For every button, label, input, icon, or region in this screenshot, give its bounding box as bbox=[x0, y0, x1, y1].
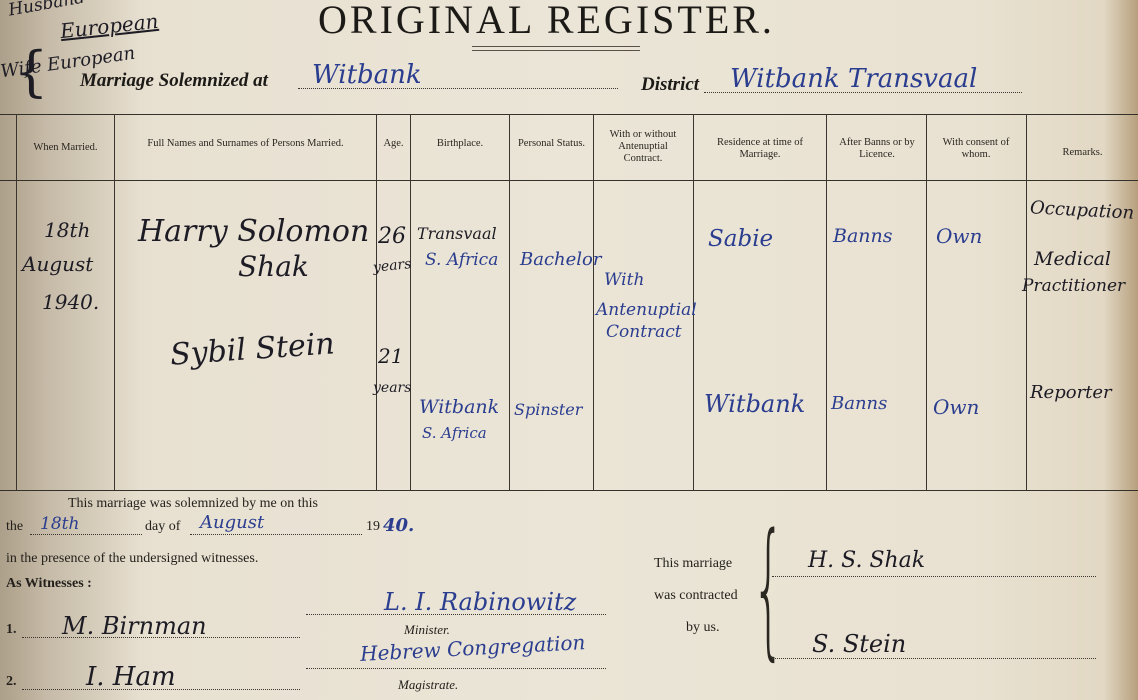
margin-note-european: European bbox=[59, 9, 160, 43]
witness-1-number: 1. bbox=[6, 622, 17, 638]
magistrate-label: Magistrate. bbox=[398, 677, 458, 693]
groom-residence: Sabie bbox=[708, 226, 773, 252]
day-value: 18th bbox=[40, 514, 79, 534]
party-1-signature: H. S. Shak bbox=[808, 548, 925, 573]
col-divider bbox=[826, 114, 827, 490]
witness-1-signature: M. Birnman bbox=[62, 612, 207, 640]
col-header-personal-status: Personal Status. bbox=[510, 116, 593, 172]
bride-age: 21 bbox=[378, 344, 403, 368]
bride-status: Spinster bbox=[514, 400, 582, 419]
groom-birthplace-line1: Transvaal bbox=[417, 224, 497, 243]
contracted-line2: was contracted bbox=[654, 588, 738, 604]
bride-consent: Own bbox=[933, 395, 979, 419]
year-prefix: 19 bbox=[366, 519, 380, 535]
groom-consent: Own bbox=[936, 224, 982, 248]
day-of-label: day of bbox=[145, 519, 180, 535]
bride-age-unit: years bbox=[373, 380, 411, 396]
when-married-day: 18th bbox=[44, 218, 90, 242]
table-top-rule bbox=[0, 114, 1138, 115]
groom-name-line1: Harry Solomon bbox=[138, 214, 369, 249]
district-value: Witbank Transvaal bbox=[730, 64, 977, 94]
title-underline bbox=[472, 46, 640, 51]
page-title: ORIGINAL REGISTER. bbox=[318, 0, 775, 43]
groom-remarks-line2: Practitioner bbox=[1022, 276, 1125, 296]
minister-label: Minister. bbox=[404, 622, 450, 638]
day-dotline bbox=[30, 534, 142, 535]
contracted-brace: { bbox=[752, 514, 785, 662]
groom-birthplace-line2: S. Africa bbox=[425, 250, 498, 270]
month-dotline bbox=[190, 534, 362, 535]
party-1-dotline bbox=[772, 576, 1096, 577]
col-header-birthplace: Birthplace. bbox=[411, 116, 509, 172]
groom-status: Bachelor bbox=[520, 249, 601, 270]
bride-residence: Witbank bbox=[704, 390, 805, 418]
bride-remarks: Reporter bbox=[1030, 382, 1112, 403]
congregation-text: Hebrew Congregation bbox=[360, 630, 586, 666]
col-divider bbox=[926, 114, 927, 490]
party-2-dotline bbox=[772, 658, 1096, 659]
month-value: August bbox=[200, 512, 264, 533]
col-header-banns-licence: After Banns or by Licence. bbox=[836, 116, 918, 182]
magistrate-dotline bbox=[306, 668, 606, 669]
antenuptial-line2: Antenuptial bbox=[596, 300, 697, 320]
witness-2-number: 2. bbox=[6, 674, 17, 690]
presence-text: in the presence of the undersigned witne… bbox=[6, 551, 258, 567]
col-header-when-married: When Married. bbox=[17, 116, 114, 180]
party-2-signature: S. Stein bbox=[812, 630, 906, 658]
district-label: District bbox=[641, 74, 699, 96]
table-bottom-rule bbox=[0, 490, 1138, 491]
when-married-year: 1940. bbox=[42, 290, 99, 314]
contracted-line1: This marriage bbox=[654, 556, 732, 572]
col-header-antenuptial: With or without Antenuptial Contract. bbox=[600, 116, 686, 178]
groom-age: 26 bbox=[378, 224, 406, 249]
col-header-remarks: Remarks. bbox=[1027, 116, 1138, 190]
groom-remarks-line1: Medical bbox=[1034, 248, 1111, 270]
col-header-consent: With consent of whom. bbox=[932, 116, 1020, 182]
bride-birthplace-line1: Witbank bbox=[419, 396, 499, 418]
col-divider bbox=[593, 114, 594, 490]
when-married-month: August bbox=[22, 252, 93, 276]
groom-name-line2: Shak bbox=[238, 250, 309, 283]
witnesses-label: As Witnesses : bbox=[6, 576, 92, 592]
antenuptial-line3: Contract bbox=[606, 322, 682, 342]
antenuptial-line1: With bbox=[604, 270, 644, 290]
margin-brace: { bbox=[14, 40, 48, 103]
groom-banns: Banns bbox=[833, 225, 893, 247]
minister-signature: L. I. Rabinowitz bbox=[384, 588, 576, 616]
bride-banns: Banns bbox=[831, 393, 887, 414]
register-table: When Married. Full Names and Surnames of… bbox=[0, 114, 1138, 490]
col-header-age: Age. bbox=[377, 116, 410, 172]
solemnized-label: Marriage Solemnized at bbox=[80, 70, 268, 92]
solemn-text: This marriage was solemnized by me on th… bbox=[68, 496, 318, 512]
year-suffix: 40. bbox=[383, 515, 414, 536]
col-header-residence: Residence at time of Marriage. bbox=[706, 116, 814, 182]
contracted-line3: by us. bbox=[686, 620, 719, 636]
the-label: the bbox=[6, 519, 23, 535]
solemnized-value: Witbank bbox=[312, 60, 422, 90]
bride-birthplace-line2: S. Africa bbox=[422, 424, 487, 442]
col-header-full-names: Full Names and Surnames of Persons Marri… bbox=[115, 116, 376, 172]
witness-2-signature: I. Ham bbox=[86, 662, 176, 692]
